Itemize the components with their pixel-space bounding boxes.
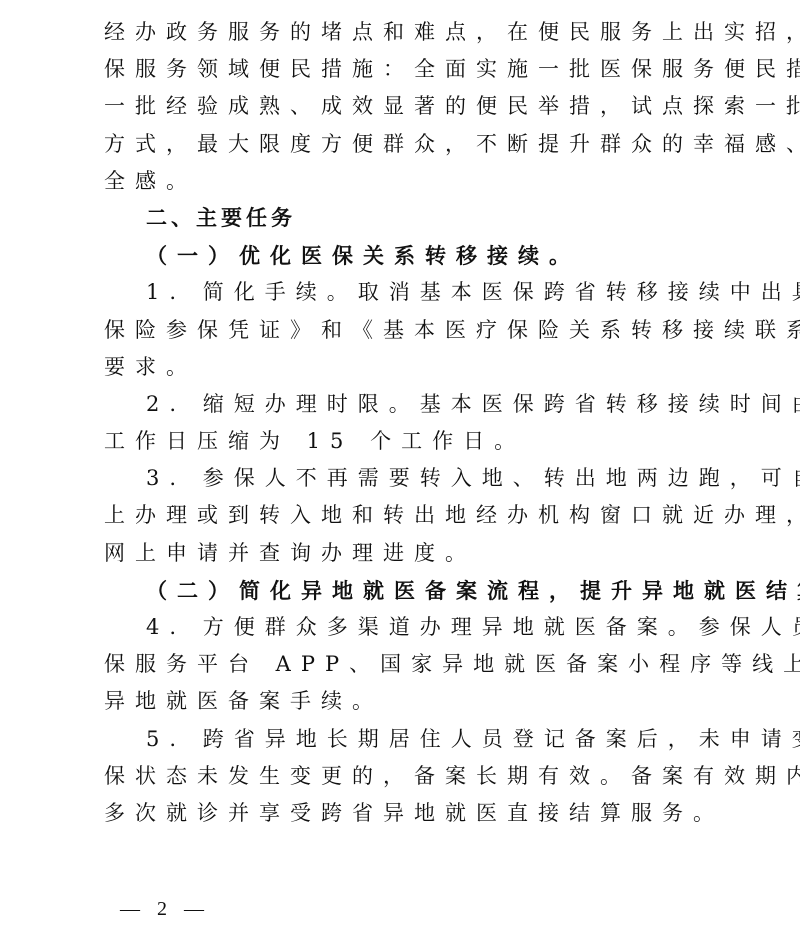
text-line: 1. 简化手续。取消基本医保跨省转移接续中出具《基本医疗 xyxy=(104,274,700,311)
list-item: 2. 缩短办理时限。基本医保跨省转移接续时间由原来 45 个 工作日压缩为 15… xyxy=(104,386,700,460)
list-item: 5. 跨省异地长期居住人员登记备案后，未申请变更备案或参 保状态未发生变更的，备… xyxy=(104,721,700,833)
page-number: — 2 — xyxy=(120,898,210,921)
text-line: 5. 跨省异地长期居住人员登记备案后，未申请变更备案或参 xyxy=(104,721,700,758)
text-line: 上办理或到转入地和转出地经办机构窗口就近办理，并可随时在 xyxy=(104,497,700,534)
text-line: 全感。 xyxy=(104,163,700,200)
text-line: 3. 参保人不再需要转入地、转出地两边跑，可自主选择在线 xyxy=(104,460,700,497)
text-line: 保险参保凭证》和《基本医疗保险关系转移接续联系函》材料的 xyxy=(104,312,700,349)
document-page: 经办政务服务的堵点和难点，在便民服务上出实招，分批次推出医 保服务领域便民措施：… xyxy=(104,14,700,832)
text-line: 保服务领域便民措施：全面实施一批医保服务便民措施，加快推进 xyxy=(104,51,700,88)
text-line: 多次就诊并享受跨省异地就医直接结算服务。 xyxy=(104,795,700,832)
text-line: 经办政务服务的堵点和难点，在便民服务上出实招，分批次推出医 xyxy=(104,14,700,51)
text-line: 一批经验成熟、成效显著的便民举措，试点探索一批医保创新服务 xyxy=(104,88,700,125)
text-line: 保服务平台 APP、国家异地就医备案小程序等线上渠道申请办理 xyxy=(104,646,700,683)
paragraph-continuation: 经办政务服务的堵点和难点，在便民服务上出实招，分批次推出医 保服务领域便民措施：… xyxy=(104,14,700,200)
text-line: 异地就医备案手续。 xyxy=(104,683,700,720)
text-line: 方式，最大限度方便群众，不断提升群众的幸福感、获得感、安 xyxy=(104,126,700,163)
list-item: 4. 方便群众多渠道办理异地就医备案。参保人员可在国家医 保服务平台 APP、国… xyxy=(104,609,700,721)
text-line: 保状态未发生变更的，备案长期有效。备案有效期内可在就医地 xyxy=(104,758,700,795)
text-line: 工作日压缩为 15 个工作日。 xyxy=(104,423,700,460)
text-line: 要求。 xyxy=(104,349,700,386)
list-item: 1. 简化手续。取消基本医保跨省转移接续中出具《基本医疗 保险参保凭证》和《基本… xyxy=(104,274,700,386)
text-line: 4. 方便群众多渠道办理异地就医备案。参保人员可在国家医 xyxy=(104,609,700,646)
section-heading: 二、主要任务 xyxy=(104,200,700,237)
list-item: 3. 参保人不再需要转入地、转出地两边跑，可自主选择在线 上办理或到转入地和转出… xyxy=(104,460,700,572)
text-line: 2. 缩短办理时限。基本医保跨省转移接续时间由原来 45 个 xyxy=(104,386,700,423)
subsection-heading: （二）简化异地就医备案流程，提升异地就医结算服务。 xyxy=(104,572,700,609)
subsection-heading: （一）优化医保关系转移接续。 xyxy=(104,237,700,274)
text-line: 网上申请并查询办理进度。 xyxy=(104,535,700,572)
